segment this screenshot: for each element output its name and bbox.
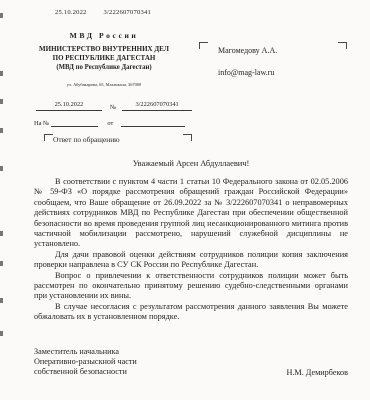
org-short-top: МВД России xyxy=(26,31,182,40)
scan-artifact xyxy=(0,99,3,104)
scan-artifact xyxy=(0,298,3,303)
paragraph-1: В соответствии с пунктом 4 части 1 стать… xyxy=(34,177,348,250)
incoming-reference-line: На № от xyxy=(34,117,185,127)
letter-body: В соответствии с пунктом 4 части 1 стать… xyxy=(34,177,348,323)
reply-ref-blank xyxy=(51,117,98,127)
reply-from-label: от xyxy=(107,120,113,127)
paragraph-2: Для дачи правовой оценки действиям сотру… xyxy=(34,250,348,271)
paragraph-3: Вопрос о привлечении к ответственности с… xyxy=(34,271,348,302)
scan-artifact xyxy=(0,166,3,171)
stamp-line: 25.10.2022 3/222607070341 xyxy=(55,9,151,16)
signature-block: Заместитель начальника Оперативно-разыск… xyxy=(34,347,348,377)
number-sign: № xyxy=(110,104,116,111)
org-name-line3: (МВД по Республике Дагестан) xyxy=(26,64,182,71)
salutation: Уважаемый Арсен Абдуллаевич! xyxy=(34,159,348,168)
outgoing-reference-line: 25.10.2022№3/222607070341 xyxy=(36,101,192,111)
org-address: ул. Абубакарова, 65, Махачкала, 367000 xyxy=(26,82,182,87)
recipient-corner-left xyxy=(199,42,208,49)
subject-block: Ответ по обращению xyxy=(44,134,192,146)
scan-artifact xyxy=(0,71,3,76)
reply-from-blank xyxy=(121,117,185,127)
corner-mark-right xyxy=(183,134,192,141)
recipient-corner-right xyxy=(338,42,347,49)
letterhead: МВД России МИНИСТЕРСТВО ВНУТРЕННИХ ДЕЛ П… xyxy=(26,31,182,87)
subject-label: Ответ по обращению xyxy=(53,135,120,144)
recipient-name: Магомедову А.А. xyxy=(218,46,347,55)
signatory-name: Н.М. Демирбеков xyxy=(286,368,348,378)
scan-artifact xyxy=(0,231,3,236)
scan-artifact xyxy=(0,13,3,18)
signatory-title-line2: Оперативно-разыскной части xyxy=(34,357,348,367)
recipient-email: info@mag-law.ru xyxy=(218,68,347,77)
scan-artifact xyxy=(0,261,3,266)
paragraph-4: В случае несогласия с результатом рассмо… xyxy=(34,302,348,323)
recipient-block: Магомедову А.А. info@mag-law.ru xyxy=(199,42,347,77)
outgoing-date-field: 25.10.2022 xyxy=(36,101,102,111)
scan-artifact xyxy=(0,331,3,336)
signatory-title-line1: Заместитель начальника xyxy=(34,347,348,357)
stamp-date: 25.10.2022 xyxy=(55,9,87,16)
org-name-line2: ПО РЕСПУБЛИКЕ ДАГЕСТАН xyxy=(26,54,182,63)
scan-artifact xyxy=(0,128,3,133)
scanned-letter-page: 25.10.2022 3/222607070341 МВД России МИН… xyxy=(0,0,370,400)
outgoing-number-field: 3/222607070341 xyxy=(122,101,192,111)
corner-mark-left xyxy=(44,134,53,141)
stamp-number: 3/222607070341 xyxy=(104,9,152,16)
reply-ref-label: На № xyxy=(34,120,49,127)
org-name-line1: МИНИСТЕРСТВО ВНУТРЕННИХ ДЕЛ xyxy=(26,45,182,54)
